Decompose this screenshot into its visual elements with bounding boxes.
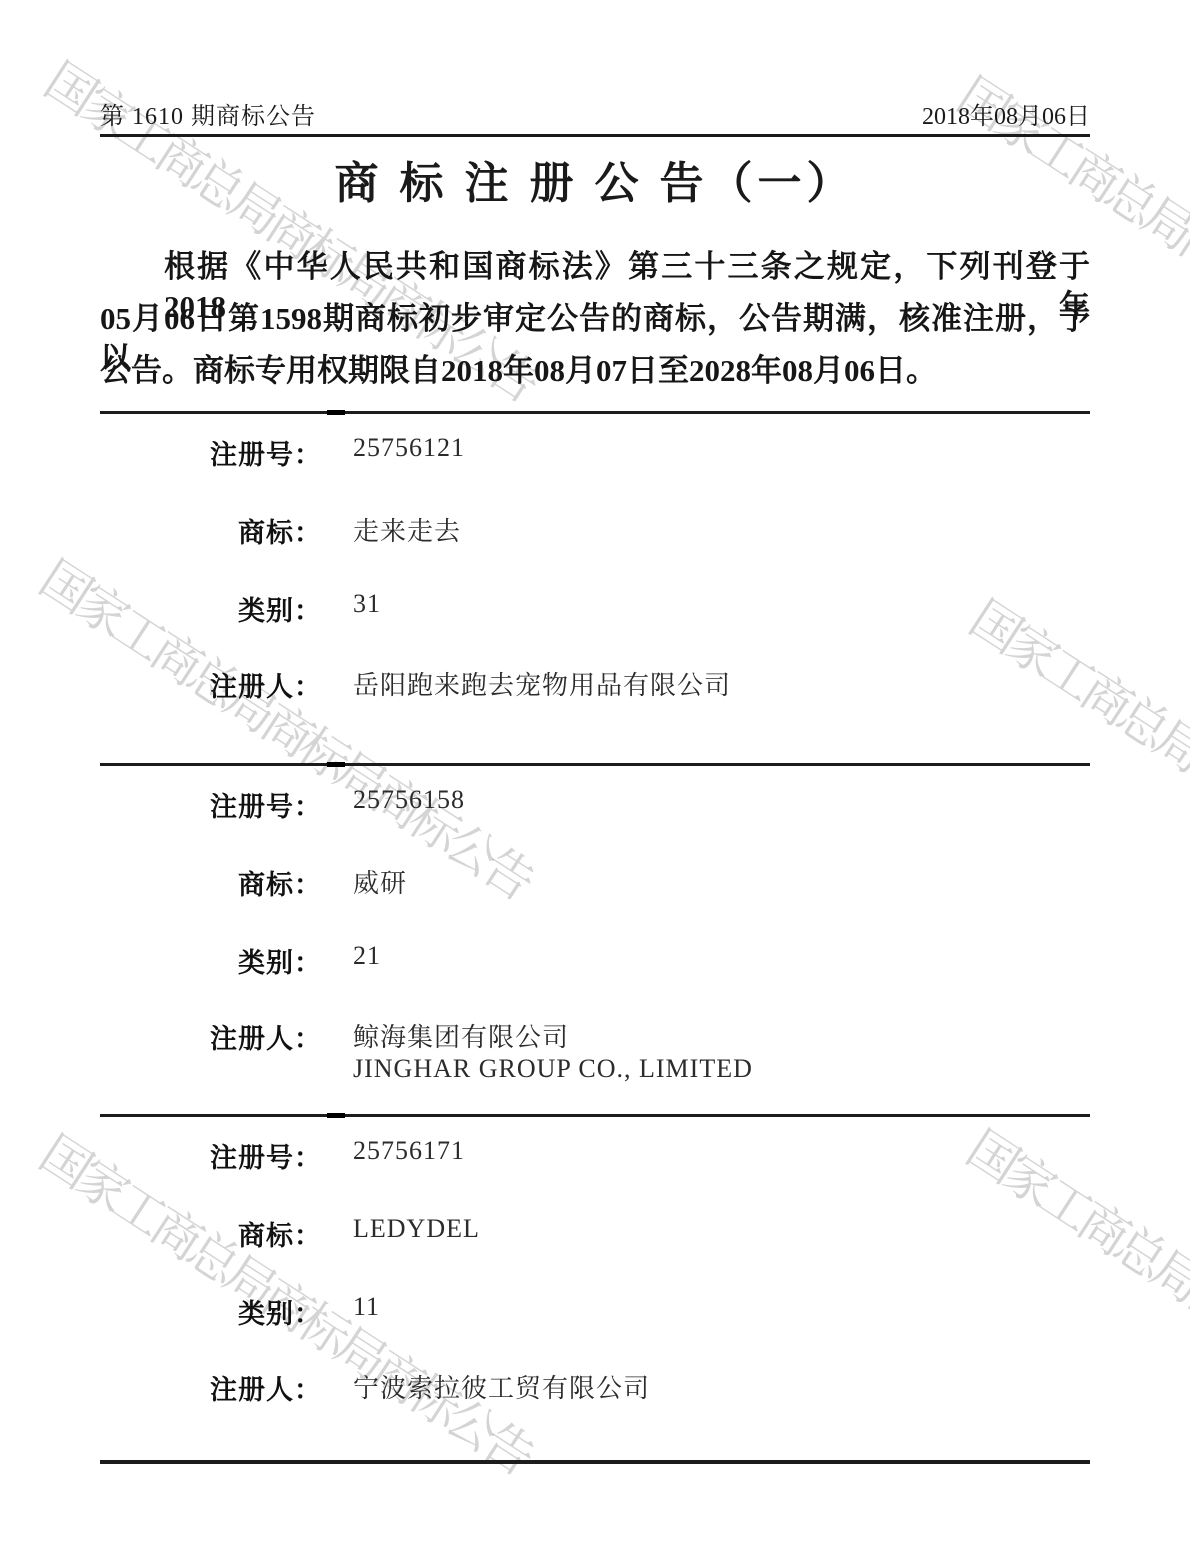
field-value-reg-no: 25756121 — [353, 433, 1083, 463]
gazette-page: 国家工商总局商标局商标公告 国家工商总局商标局商标公告 国家工商总局商标局商标公… — [0, 0, 1190, 1564]
field-value-mark: LEDYDEL — [353, 1214, 1083, 1244]
field-value-registrant: 岳阳跑来跑去宠物用品有限公司 — [353, 665, 1083, 702]
field-label-mark: 商标： — [100, 1214, 322, 1253]
field-label-mark: 商标： — [100, 511, 322, 550]
field-value-mark: 威研 — [353, 863, 1083, 900]
field-value-class: 21 — [353, 941, 1083, 971]
field-value-registrant: 宁波索拉彼工贸有限公司 — [353, 1368, 1083, 1405]
field-value-registrant-en: JINGHAR GROUP CO., LIMITED — [353, 1054, 1083, 1084]
header-issue-label: 第 1610 期商标公告 — [100, 96, 316, 131]
field-label-class: 类别： — [100, 1292, 322, 1331]
field-label-class: 类别： — [100, 589, 322, 628]
page-title: 商 标 注 册 公 告（一） — [100, 147, 1090, 211]
intro-line-3: 公告。商标专用权期限自2018年08月07日至2028年08月06日。 — [100, 351, 1090, 391]
trademark-entry: 注册号： 25756158 商标： 威研 类别： 21 注册人： 鲸海集团有限公… — [0, 765, 1190, 1117]
field-label-reg-no: 注册号： — [100, 1136, 322, 1175]
field-label-registrant: 注册人： — [100, 1017, 322, 1056]
field-label-reg-no: 注册号： — [100, 433, 322, 472]
field-label-mark: 商标： — [100, 863, 322, 902]
field-label-class: 类别： — [100, 941, 322, 980]
field-value-reg-no: 25756158 — [353, 785, 1083, 815]
field-value-reg-no: 25756171 — [353, 1136, 1083, 1166]
field-value-class: 31 — [353, 589, 1083, 619]
field-value-class: 11 — [353, 1292, 1083, 1322]
field-label-reg-no: 注册号： — [100, 785, 322, 824]
field-label-registrant: 注册人： — [100, 1368, 322, 1407]
trademark-entry: 注册号： 25756121 商标： 走来走去 类别： 31 注册人： 岳阳跑来跑… — [0, 413, 1190, 765]
field-label-registrant: 注册人： — [100, 665, 322, 704]
field-value-mark: 走来走去 — [353, 511, 1083, 548]
header-date: 2018年08月06日 — [922, 96, 1090, 131]
trademark-entry: 注册号： 25756171 商标： LEDYDEL 类别： 11 注册人： 宁波… — [0, 1116, 1190, 1468]
header-rule — [100, 134, 1090, 137]
field-value-registrant: 鲸海集团有限公司 — [353, 1017, 1083, 1054]
